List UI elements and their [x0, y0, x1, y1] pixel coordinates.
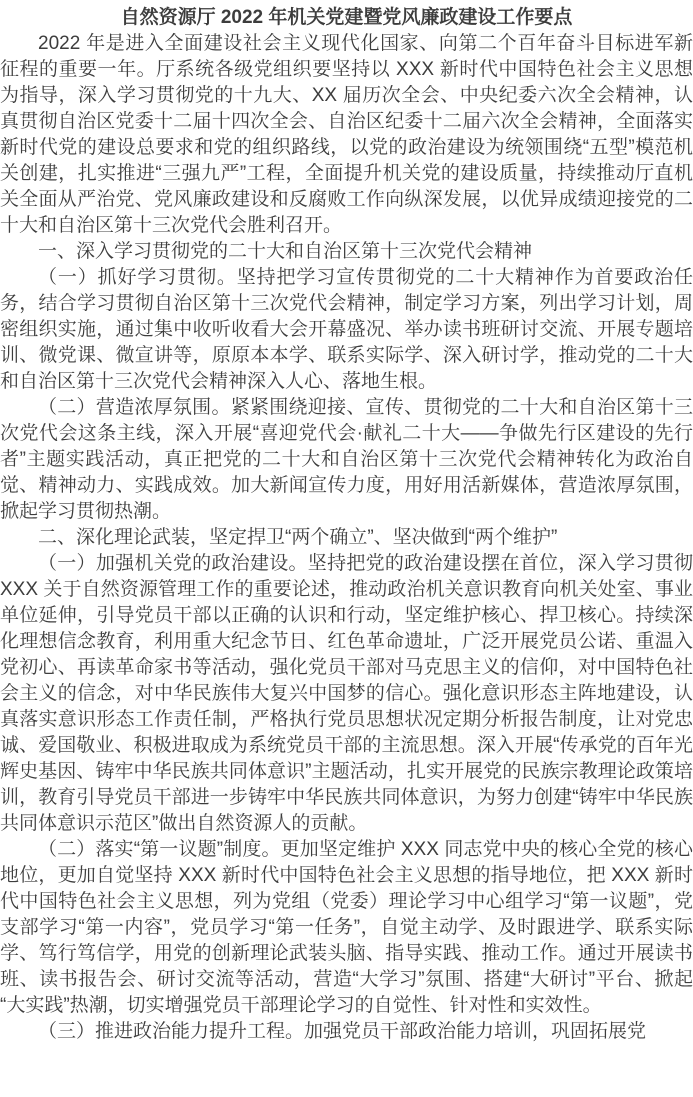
- document-title: 自然资源厅 2022 年机关党建暨党风廉政建设工作要点: [0, 5, 693, 31]
- intro-paragraph: 2022 年是进入全面建设社会主义现代化国家、向第二个百年奋斗目标进军新征程的重…: [0, 31, 693, 239]
- section-2-item-1-paragraph: （一）加强机关党的政治建设。坚持把党的政治建设摆在首位，深入学习贯彻 XXX 关…: [0, 551, 693, 837]
- section-1-heading: 一、深入学习贯彻党的二十大和自治区第十三次党代会精神: [0, 239, 693, 265]
- section-2-heading: 二、深化理论武装，坚定捍卫“两个确立”、坚决做到“两个维护”: [0, 525, 693, 551]
- section-1-item-1-paragraph: （一）抓好学习贯彻。坚持把学习宣传贯彻党的二十大精神作为首要政治任务，结合学习贯…: [0, 265, 693, 395]
- section-2-item-3-paragraph-clipped: （三）推进政治能力提升工程。加强党员干部政治能力培训，巩固拓展党: [0, 1019, 693, 1045]
- section-1-item-2-paragraph: （二）营造浓厚氛围。紧紧围绕迎接、宣传、贯彻党的二十大和自治区第十三次党代会这条…: [0, 395, 693, 525]
- document-page: 自然资源厅 2022 年机关党建暨党风廉政建设工作要点 2022 年是进入全面建…: [0, 0, 693, 1097]
- section-2-item-2-paragraph: （二）落实“第一议题”制度。更加坚定维护 XXX 同志党中央的核心全党的核心地位…: [0, 837, 693, 1019]
